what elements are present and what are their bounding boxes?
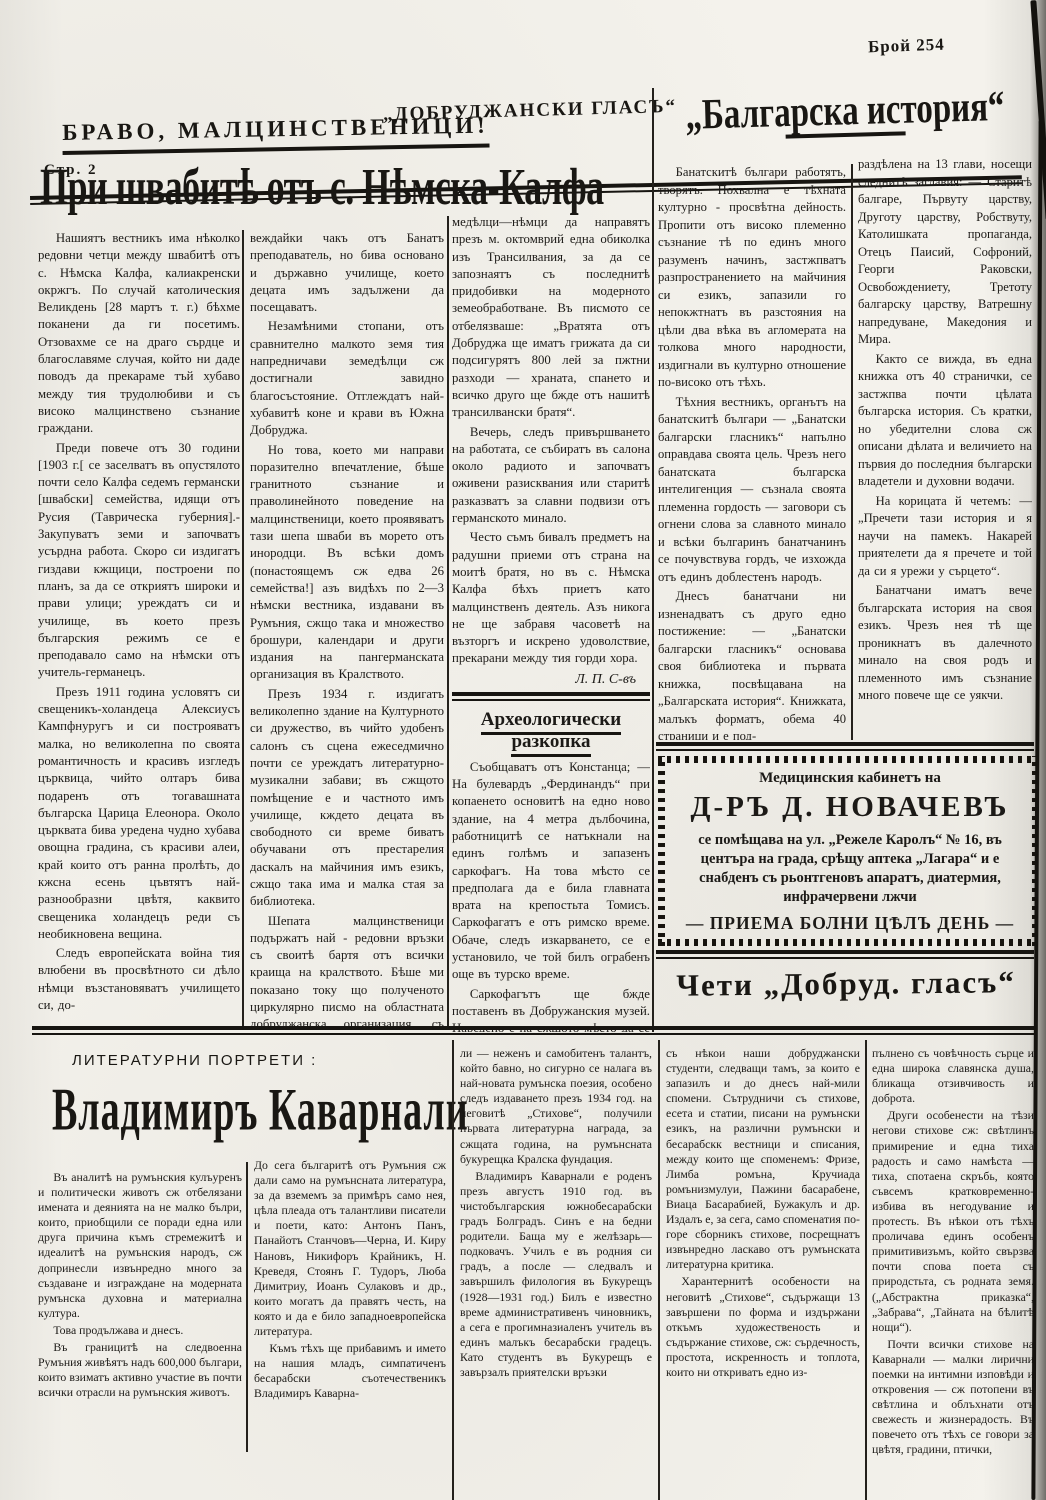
history-column-a: Банатскитѣ българи работятъ, творятъ. По…: [658, 164, 846, 740]
ad-footer-line: — ПРИЕМА БОЛНИ ЦѢЛЪ ДЕНЬ —: [674, 913, 1026, 934]
history-headline: „Балгарска история“: [685, 84, 1005, 141]
paragraph: ли — неженъ и самобитенъ талантъ, който …: [460, 1046, 652, 1167]
portrait-column-3: ли — неженъ и самобитенъ талантъ, който …: [460, 1046, 652, 1496]
lead-column-3-wrap: медѣлци—нѣмци да направятъ презъ м. окто…: [452, 214, 650, 1032]
paragraph: Банатчани иматъ вече българската история…: [858, 582, 1032, 705]
portrait-column-4: съ нѣкои наши добруджански студенти, сле…: [666, 1046, 860, 1496]
portrait-kicker: ЛИТЕРАТУРНИ ПОРТРЕТИ :: [72, 1052, 317, 1069]
divider: [656, 742, 1034, 751]
section-divider: [452, 692, 650, 701]
paragraph: Презъ 1934 г. издигатъ великолепно здани…: [250, 686, 444, 911]
paragraph: Нашиятъ вестникъ има нѣколко редовни чет…: [38, 230, 240, 438]
history-column-b: раздѣлена на 13 глави, носещи следнитѣ з…: [858, 156, 1032, 740]
lead-column-3: медѣлци—нѣмци да направятъ презъ м. окто…: [452, 214, 650, 670]
paragraph: Но това, което ми направи поразително вп…: [250, 442, 444, 684]
portrait-column-5: пълнено съ човѣчность сърце и една широк…: [872, 1046, 1034, 1496]
paragraph: Въ границитѣ на следвоенна Румъния живѣя…: [38, 1340, 242, 1400]
column-rule: [865, 1040, 867, 1500]
history-headline-wrap: „Балгарска история“: [657, 83, 1032, 142]
paragraph: Следъ европейската война тия влюбени въ …: [38, 945, 240, 1014]
paragraph: Шепата малцинственици подържатъ най - ре…: [250, 913, 444, 1030]
read-dobrud-glas-promo: Чети „Добруд. гласъ“: [658, 964, 1034, 1004]
issue-number: Брой 254: [868, 35, 945, 58]
paragraph: веждайки чакъ отъ Банатъ преподаватель, …: [250, 230, 444, 316]
paragraph: раздѣлена на 13 глави, носещи следнитѣ з…: [858, 156, 1032, 349]
paragraph: Както се вижда, въ една книжка отъ 40 ст…: [858, 351, 1032, 491]
paragraph: На корицата й четемъ: — „Пречети тази ис…: [858, 493, 1032, 581]
paragraph: Владимиръ Каварнали е роденъ презъ авгус…: [460, 1169, 652, 1380]
lead-kicker: БРАВО, МАЛЦИНСТВЕНИЦИ!: [62, 113, 489, 155]
paragraph: Това продължава и днесъ.: [38, 1323, 242, 1338]
paragraph: Други особенести на тѣзи негови стихове …: [872, 1108, 1034, 1334]
divider: [656, 950, 1034, 959]
portrait-headline-wrap: Владимиръ Каварнали: [52, 1074, 454, 1158]
newspaper-page: Брой 254 „ДОБРУДЖАНСКИ ГЛАСЪ“ Стр. 2 БРА…: [0, 0, 1046, 1500]
paragraph: Презъ 1911 година условятъ си свещеникъ-…: [38, 684, 240, 943]
paragraph: Често съмъ бивалъ предметъ на радушни пр…: [452, 529, 650, 667]
paragraph: До сега българитѣ отъ Румъния сж дали са…: [254, 1158, 446, 1339]
paragraph: Въ аналитѣ на румънския кулъуренъ и поли…: [38, 1170, 242, 1321]
ad-body-text: се помѣщава на ул. „Режеле Каролъ“ № 16,…: [674, 831, 1026, 907]
portrait-column-1: Въ аналитѣ на румънския кулъуренъ и поли…: [38, 1170, 242, 1494]
column-rule: [447, 216, 449, 1030]
column-rule: [851, 164, 853, 740]
paragraph: медѣлци—нѣмци да направятъ презъ м. окто…: [452, 214, 650, 422]
ad-doctor-name: Д-РЪ Д. НОВАЧЕВЪ: [674, 791, 1026, 824]
portrait-column-2: До сега българитѣ отъ Румъния сж дали са…: [254, 1158, 446, 1494]
column-rule: [658, 1040, 660, 1500]
medical-ad-box: Медицинския кабинетъ на Д-РЪ Д. НОВАЧЕВЪ…: [658, 756, 1036, 946]
paragraph: Незамѣними стопани, отъ сравнително малк…: [250, 318, 444, 439]
column-rule: [452, 1040, 454, 1500]
zone-rule: [652, 88, 654, 1032]
archaeology-headline: Археологически разкопка: [481, 709, 621, 757]
paragraph: съ нѣкои наши добруджански студенти, сле…: [666, 1046, 860, 1272]
paragraph: Къмъ тѣхъ ще прибавимъ и името на нашия …: [254, 1341, 446, 1401]
lead-headline: При швабитѣ отъ с. Нѣмска-Калфа: [40, 156, 604, 217]
paragraph: Банатскитѣ българи работятъ, творятъ. По…: [658, 164, 846, 392]
lead-column-2: веждайки чакъ отъ Банатъ преподаватель, …: [250, 230, 444, 1030]
archaeology-text: Съобщаватъ отъ Констанца; — На булевардъ…: [452, 759, 650, 1032]
paragraph: Съобщаватъ отъ Констанца; — На булевардъ…: [452, 759, 650, 984]
paragraph: Почти всички стихове на Каварнали — малк…: [872, 1337, 1034, 1458]
paragraph: Преди повече отъ 30 години [1903 г.[ се …: [38, 440, 240, 682]
author-signature: Л. П. С-въ: [452, 672, 650, 688]
paragraph: пълнено съ човѣчность сърце и една широк…: [872, 1046, 1034, 1106]
column-rule: [246, 1162, 248, 1452]
mid-page-divider: [32, 1026, 1034, 1035]
paragraph: Днесъ банатчани ни изненадватъ съ друго …: [658, 588, 846, 740]
ad-intro-line: Медицинския кабинетъ на: [674, 770, 1026, 787]
column-rule: [242, 230, 244, 1030]
portrait-headline: Владимиръ Каварнали: [52, 1074, 469, 1145]
lead-column-1: Нашиятъ вестникъ има нѣколко редовни чет…: [38, 230, 240, 1030]
paragraph: Тѣхния вестникъ, органътъ на банатскитѣ …: [658, 394, 846, 587]
paragraph: Харантернитѣ особености на неговитѣ „Сти…: [666, 1274, 860, 1380]
paragraph: Вечерь, следъ привършването на работата,…: [452, 424, 650, 528]
